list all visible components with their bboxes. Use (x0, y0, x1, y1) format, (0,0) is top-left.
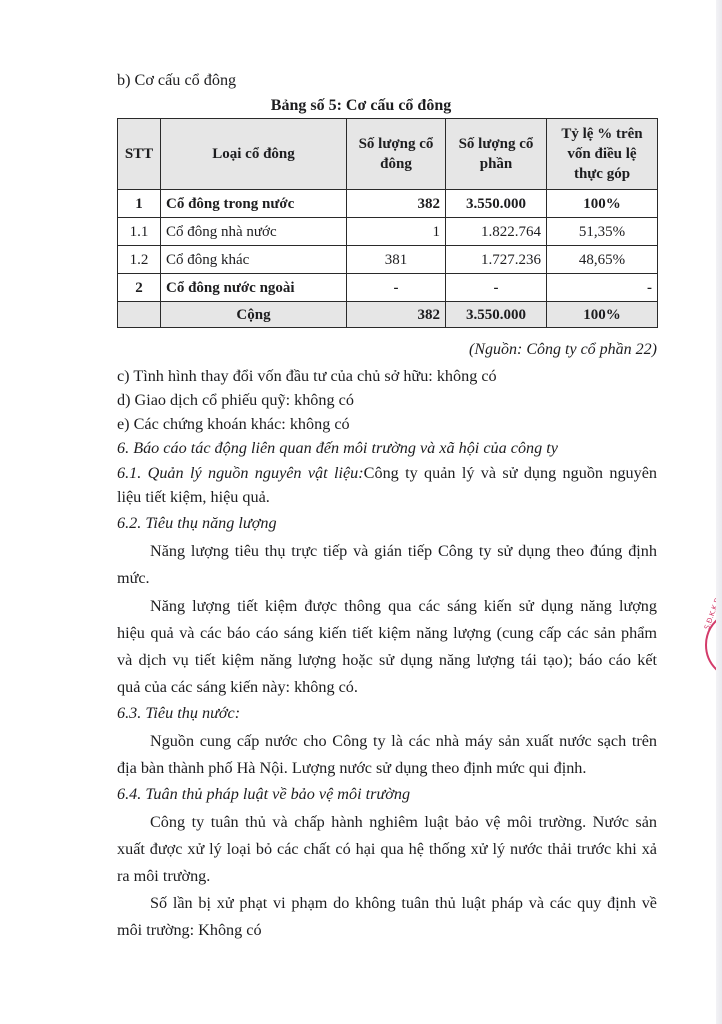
para-text: ra môi trường. (117, 866, 210, 886)
section-6-3-title: 6.3. Tiêu thụ nước: (117, 703, 240, 723)
total-shares: 3.550.000 (446, 302, 547, 328)
para-text: xuất được xử lý loại bỏ các chất có hại … (117, 839, 657, 859)
table-title: Bảng số 5: Cơ cấu cổ đông (0, 97, 722, 115)
para-text: mức. (117, 568, 150, 588)
cell-shares: - (446, 274, 547, 302)
cell-type: Cổ đông trong nước (161, 190, 347, 218)
cell-shares: 3.550.000 (446, 190, 547, 218)
table-row: 2 Cổ đông nước ngoài - - - (118, 274, 658, 302)
cell-shares: 1.822.764 (446, 218, 547, 246)
para-text: môi trường: Không có (117, 920, 262, 940)
table-total-row: Cộng 382 3.550.000 100% (118, 302, 658, 328)
table-row: 1.2 Cổ đông khác 381 1.727.236 48,65% (118, 246, 658, 274)
para-text: Năng lượng tiết kiệm được thông qua các … (150, 596, 657, 616)
section-6-title: 6. Báo cáo tác động liên quan đến môi tr… (117, 438, 558, 458)
cell-type: Cổ đông nhà nước (161, 218, 347, 246)
cell-holders: 382 (347, 190, 446, 218)
cell-percent: 48,65% (547, 246, 658, 274)
cell-holders: - (347, 274, 446, 302)
header-stt: STT (118, 119, 161, 190)
header-type: Loại cổ đông (161, 119, 347, 190)
table-header-row: STT Loại cổ đông Số lượng cổ đông Số lượ… (118, 119, 658, 190)
para-text: Số lần bị xử phạt vi phạm do không tuân … (150, 893, 657, 913)
cell-percent: 51,35% (547, 218, 658, 246)
section-6-4-title: 6.4. Tuân thủ pháp luật về bảo vệ môi tr… (117, 784, 410, 804)
total-holders: 382 (347, 302, 446, 328)
header-shares: Số lượng cổ phần (446, 119, 547, 190)
total-percent: 100% (547, 302, 658, 328)
para-text: hiệu quả và các báo cáo sáng kiến tiết k… (117, 623, 657, 643)
cell-stt: 1 (118, 190, 161, 218)
cell-holders: 381 (347, 246, 446, 274)
section-6-1-line-2: liệu tiết kiệm, hiệu quả. (117, 487, 270, 507)
cell-stt: 2 (118, 274, 161, 302)
section-6-1-label: 6.1. Quản lý nguồn nguyên vật liệu: (117, 464, 364, 482)
cell-stt: 1.2 (118, 246, 161, 274)
section-6-2-title: 6.2. Tiêu thụ năng lượng (117, 513, 277, 533)
item-d: d) Giao dịch cổ phiếu quỹ: không có (117, 390, 354, 410)
para-text: Nguồn cung cấp nước cho Công ty là các n… (150, 731, 657, 751)
para-text: Năng lượng tiêu thụ trực tiếp và gián ti… (150, 541, 657, 561)
para-text: địa bàn thành phố Hà Nội. Lượng nước sử … (117, 758, 586, 778)
para-text: Công ty tuân thủ và chấp hành nghiêm luậ… (150, 812, 657, 832)
cell-shares: 1.727.236 (446, 246, 547, 274)
cell-stt-empty (118, 302, 161, 328)
section-6-1-line-1: 6.1. Quản lý nguồn nguyên vật liệu:Công … (117, 463, 657, 483)
cell-type: Cổ đông nước ngoài (161, 274, 347, 302)
page-edge-shadow (716, 0, 722, 1024)
table-source-note: (Nguồn: Công ty cổ phần 22) (469, 341, 657, 359)
item-e: e) Các chứng khoán khác: không có (117, 414, 350, 434)
cell-percent: 100% (547, 190, 658, 218)
table-row: 1.1 Cổ đông nhà nước 1 1.822.764 51,35% (118, 218, 658, 246)
cell-percent: - (547, 274, 658, 302)
cell-stt: 1.1 (118, 218, 161, 246)
cell-type: Cổ đông khác (161, 246, 347, 274)
total-label: Cộng (161, 302, 347, 328)
para-text: và dịch vụ tiết kiệm năng lượng hoặc sử … (117, 650, 657, 670)
header-percent: Tỷ lệ % trên vốn điều lệ thực góp (547, 119, 658, 190)
document-page: b) Cơ cấu cổ đông Bảng số 5: Cơ cấu cổ đ… (0, 0, 722, 1024)
section-6-1-text: Công ty quản lý và sử dụng nguồn nguyên (364, 464, 657, 482)
header-holders: Số lượng cổ đông (347, 119, 446, 190)
item-c: c) Tình hình thay đổi vốn đầu tư của chủ… (117, 366, 497, 386)
section-b-heading: b) Cơ cấu cổ đông (117, 70, 236, 90)
shareholder-structure-table: STT Loại cổ đông Số lượng cổ đông Số lượ… (117, 118, 658, 328)
table-row: 1 Cổ đông trong nước 382 3.550.000 100% (118, 190, 658, 218)
cell-holders: 1 (347, 218, 446, 246)
para-text: quả của các sáng kiến này: không có. (117, 677, 358, 697)
